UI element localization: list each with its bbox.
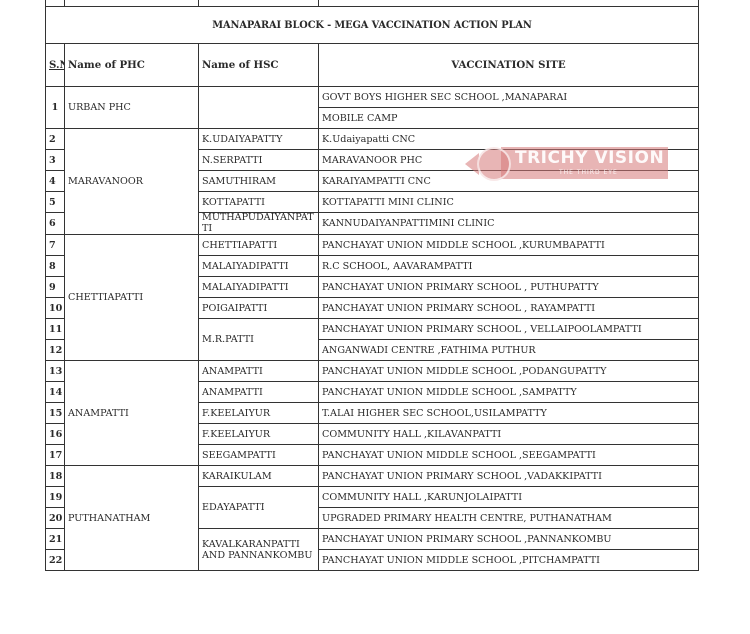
sno-cell: 10: [46, 298, 65, 319]
phc-cell: PUTHANATHAM: [65, 466, 199, 571]
site-cell: T.ALAI HIGHER SEC SCHOOL,USILAMPATTY: [319, 403, 699, 424]
hsc-cell: KOTTAPATTI: [199, 192, 319, 213]
sno-cell: 22: [46, 550, 65, 571]
site-cell: PANCHAYAT UNION MIDDLE SCHOOL ,SAMPATTY: [319, 382, 699, 403]
sno-cell: 1: [46, 87, 65, 129]
table-row: 7 CHETTIAPATTI CHETTIAPATTI PANCHAYAT UN…: [46, 235, 699, 256]
column-header-phc: Name of PHC: [65, 44, 199, 87]
sno-cell: 2: [46, 129, 65, 150]
column-header-hsc: Name of HSC: [199, 44, 319, 87]
site-cell: UPGRADED PRIMARY HEALTH CENTRE, PUTHANAT…: [319, 508, 699, 529]
hsc-cell: POIGAIPATTI: [199, 298, 319, 319]
sno-cell: 12: [46, 340, 65, 361]
table-row: 13 ANAMPATTI ANAMPATTI PANCHAYAT UNION M…: [46, 361, 699, 382]
hsc-cell: KAVALKARANPATTI AND PANNANKOMBU: [199, 529, 319, 571]
hsc-line: KAVALKARANPATTI: [202, 539, 315, 550]
site-cell: PANCHAYAT UNION MIDDLE SCHOOL ,PODANGUPA…: [319, 361, 699, 382]
sno-cell: 11: [46, 319, 65, 340]
hsc-cell: MUTHAPUDAIYANPATTI: [199, 213, 319, 235]
sno-cell: 16: [46, 424, 65, 445]
vaccination-plan-sheet: MANAPARAI BLOCK - MEGA VACCINATION ACTIO…: [45, 0, 699, 571]
site-cell: MOBILE CAMP: [319, 108, 699, 129]
hsc-cell: F.KEELAIYUR: [199, 403, 319, 424]
phc-cell: ANAMPATTI: [65, 361, 199, 466]
phc-cell: MARAVANOOR: [65, 129, 199, 235]
header-row: S.No Name of PHC Name of HSC VACCINATION…: [46, 44, 699, 87]
hsc-cell: EDAYAPATTI: [199, 487, 319, 529]
column-header-sno: S.No: [46, 44, 65, 87]
site-cell: PANCHAYAT UNION PRIMARY SCHOOL ,VADAKKIP…: [319, 466, 699, 487]
table-row: 1 URBAN PHC GOVT BOYS HIGHER SEC SCHOOL …: [46, 87, 699, 108]
sno-cell: 13: [46, 361, 65, 382]
sno-cell: 4: [46, 171, 65, 192]
sno-cell: 6: [46, 213, 65, 235]
table-row: 2 MARAVANOOR K.UDAIYAPATTY K.Udaiyapatti…: [46, 129, 699, 150]
sno-cell: 20: [46, 508, 65, 529]
sno-cell: 14: [46, 382, 65, 403]
site-cell: R.C SCHOOL, AAVARAMPATTI: [319, 256, 699, 277]
hsc-cell: F.KEELAIYUR: [199, 424, 319, 445]
hsc-cell: ANAMPATTI: [199, 361, 319, 382]
sno-cell: 9: [46, 277, 65, 298]
hsc-cell: SAMUTHIRAM: [199, 171, 319, 192]
hsc-line: AND PANNANKOMBU: [202, 550, 315, 561]
site-cell: KOTTAPATTI MINI CLINIC: [319, 192, 699, 213]
hsc-cell: MALAIYADIPATTI: [199, 277, 319, 298]
hsc-cell: ANAMPATTI: [199, 382, 319, 403]
hsc-cell: N.SERPATTI: [199, 150, 319, 171]
hsc-cell: K.UDAIYAPATTY: [199, 129, 319, 150]
hsc-cell: [199, 87, 319, 129]
site-cell: PANCHAYAT UNION MIDDLE SCHOOL ,KURUMBAPA…: [319, 235, 699, 256]
sno-cell: 3: [46, 150, 65, 171]
site-cell: PANCHAYAT UNION MIDDLE SCHOOL ,PITCHAMPA…: [319, 550, 699, 571]
vaccination-plan-table: MANAPARAI BLOCK - MEGA VACCINATION ACTIO…: [45, 0, 699, 571]
site-cell: MARAVANOOR PHC: [319, 150, 699, 171]
sno-cell: 15: [46, 403, 65, 424]
site-cell: K.Udaiyapatti CNC: [319, 129, 699, 150]
site-cell: PANCHAYAT UNION PRIMARY SCHOOL , RAYAMPA…: [319, 298, 699, 319]
sno-cell: 18: [46, 466, 65, 487]
site-cell: ANGANWADI CENTRE ,FATHIMA PUTHUR: [319, 340, 699, 361]
site-cell: PANCHAYAT UNION PRIMARY SCHOOL , VELLAIP…: [319, 319, 699, 340]
site-cell: KARAIYAMPATTI CNC: [319, 171, 699, 192]
column-header-site: VACCINATION SITE: [319, 44, 699, 87]
hsc-cell: MALAIYADIPATTI: [199, 256, 319, 277]
site-cell: PANCHAYAT UNION PRIMARY SCHOOL ,PANNANKO…: [319, 529, 699, 550]
sno-cell: 17: [46, 445, 65, 466]
phc-cell: CHETTIAPATTI: [65, 235, 199, 361]
hsc-cell: KARAIKULAM: [199, 466, 319, 487]
site-cell: KANNUDAIYANPATTIMINI CLINIC: [319, 213, 699, 235]
hsc-cell: M.R.PATTI: [199, 319, 319, 361]
sno-cell: 7: [46, 235, 65, 256]
table-row: 18 PUTHANATHAM KARAIKULAM PANCHAYAT UNIO…: [46, 466, 699, 487]
sno-cell: 5: [46, 192, 65, 213]
hsc-cell: SEEGAMPATTI: [199, 445, 319, 466]
site-cell: COMMUNITY HALL ,KILAVANPATTI: [319, 424, 699, 445]
sno-cell: 21: [46, 529, 65, 550]
sno-cell: 19: [46, 487, 65, 508]
site-cell: COMMUNITY HALL ,KARUNJOLAIPATTI: [319, 487, 699, 508]
sno-cell: 8: [46, 256, 65, 277]
phc-cell: URBAN PHC: [65, 87, 199, 129]
site-cell: PANCHAYAT UNION MIDDLE SCHOOL ,SEEGAMPAT…: [319, 445, 699, 466]
title-row: MANAPARAI BLOCK - MEGA VACCINATION ACTIO…: [46, 7, 699, 44]
site-cell: PANCHAYAT UNION PRIMARY SCHOOL , PUTHUPA…: [319, 277, 699, 298]
hsc-cell: CHETTIAPATTI: [199, 235, 319, 256]
document-title: MANAPARAI BLOCK - MEGA VACCINATION ACTIO…: [46, 7, 699, 44]
site-cell: GOVT BOYS HIGHER SEC SCHOOL ,MANAPARAI: [319, 87, 699, 108]
